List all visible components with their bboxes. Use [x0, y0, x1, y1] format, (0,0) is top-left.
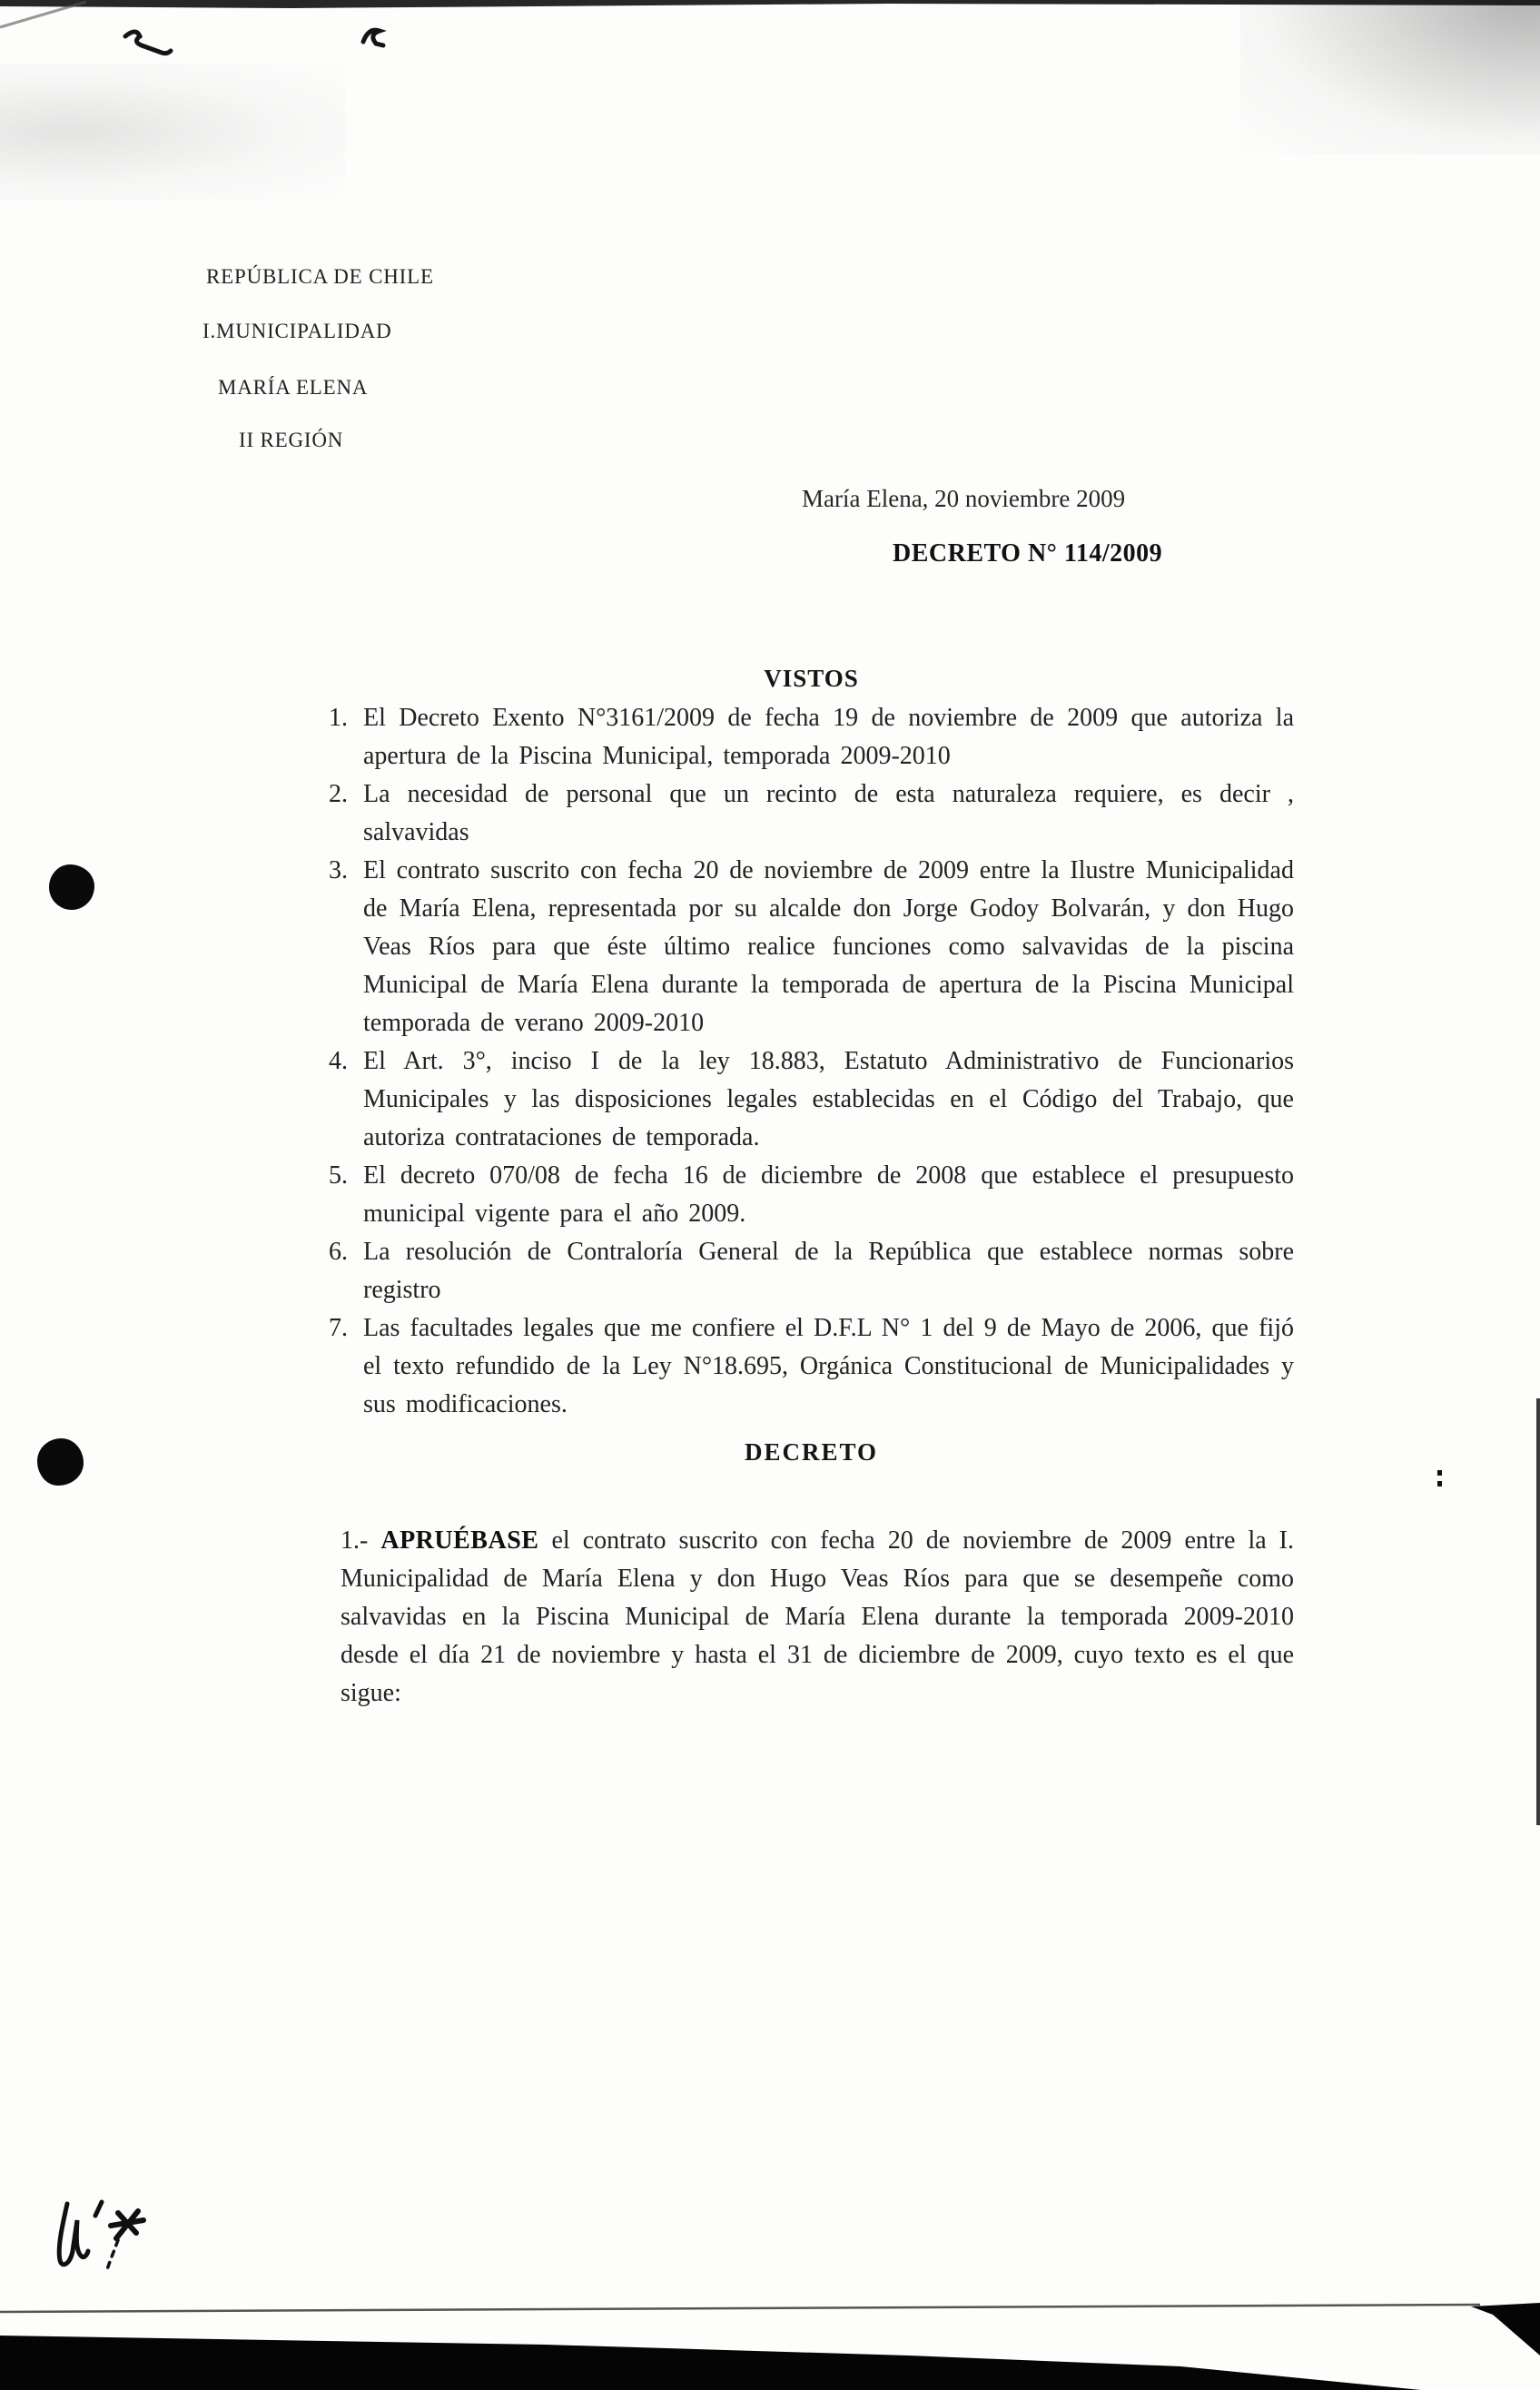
vistos-item-6: 6.La resolución de Contraloría General d… — [329, 1233, 1294, 1309]
letterhead-commune: MARÍA ELENA — [218, 376, 368, 400]
vistos-item-7: 7.Las facultades legales que me confiere… — [329, 1309, 1294, 1424]
letterhead-country: REPÚBLICA DE CHILE — [206, 265, 434, 289]
dateline: María Elena, 20 noviembre 2009 — [802, 485, 1125, 513]
decreto-clause-1: 1.- APRUÉBASE el contrato suscrito con f… — [341, 1522, 1294, 1713]
vistos-item-2: 2.La necesidad de personal que un recint… — [329, 775, 1294, 852]
scan-edge-right — [1536, 1398, 1540, 1825]
item-number: 5. — [329, 1157, 348, 1195]
decreto-heading: DECRETO — [329, 1433, 1294, 1471]
item-text: El decreto 070/08 de fecha 16 de diciemb… — [363, 1161, 1294, 1228]
clause-number: 1.- — [341, 1526, 368, 1555]
vistos-item-3: 3.El contrato suscrito con fecha 20 de n… — [329, 852, 1294, 1042]
item-number: 4. — [329, 1042, 348, 1081]
vistos-item-1: 1.El Decreto Exento N°3161/2009 de fecha… — [329, 699, 1294, 775]
scanned-decree-page: REPÚBLICA DE CHILE I.MUNICIPALIDAD MARÍA… — [0, 0, 1540, 2390]
item-number: 3. — [329, 852, 348, 890]
scan-smudge-top-left — [0, 64, 345, 200]
clause-keyword: APRUÉBASE — [380, 1526, 538, 1555]
vistos-item-4: 4.El Art. 3°, inciso I de la ley 18.883,… — [329, 1042, 1294, 1157]
vistos-item-5: 5.El decreto 070/08 de fecha 16 de dicie… — [329, 1157, 1294, 1233]
vistos-list: 1.El Decreto Exento N°3161/2009 de fecha… — [329, 699, 1294, 1424]
item-number: 6. — [329, 1233, 348, 1271]
item-text: Las facultades legales que me confiere e… — [363, 1314, 1294, 1418]
item-number: 7. — [329, 1309, 348, 1348]
scan-edge-top — [0, 0, 1540, 109]
hole-punch-mark-lower — [37, 1438, 84, 1486]
scan-shadow-top-right — [1240, 0, 1540, 154]
item-text: La necesidad de personal que un recinto … — [363, 780, 1294, 846]
document-body: VISTOS 1.El Decreto Exento N°3161/2009 d… — [329, 659, 1294, 1713]
vistos-heading: VISTOS — [329, 659, 1294, 697]
hole-punch-mark-upper — [49, 864, 94, 910]
letterhead-municipality: I.MUNICIPALIDAD — [202, 320, 392, 343]
letterhead-region: II REGIÓN — [239, 429, 343, 452]
handwritten-initials — [36, 2175, 272, 2302]
ink-speck — [1437, 1470, 1442, 1486]
item-number: 1. — [329, 699, 348, 737]
item-text: El contrato suscrito con fecha 20 de nov… — [363, 856, 1294, 1037]
item-number: 2. — [329, 775, 348, 814]
decree-number: DECRETO N° 114/2009 — [893, 539, 1162, 568]
scan-edge-bottom — [0, 2296, 1540, 2390]
item-text: El Art. 3°, inciso I de la ley 18.883, E… — [363, 1047, 1294, 1151]
item-text: El Decreto Exento N°3161/2009 de fecha 1… — [363, 704, 1294, 770]
item-text: La resolución de Contraloría General de … — [363, 1238, 1294, 1304]
